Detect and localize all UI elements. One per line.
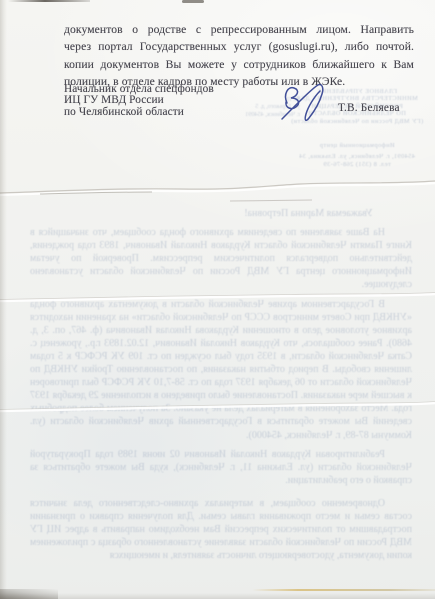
bleed-letterhead-line: (ГУ МВД России по Челябинской области) xyxy=(281,118,433,125)
bleed-body-text: Уважаемая Марина Петровна! На Ваше заявл… xyxy=(30,207,412,568)
bleed-letterhead-line: тел. 8 (351) 268-76-39 xyxy=(281,161,433,168)
bleed-paragraph: В Государственном архиве Челябинской обл… xyxy=(30,298,412,442)
letter-body-paragraph: документов о родстве с репрессированным … xyxy=(64,21,414,90)
scanner-bottom-left-shadow xyxy=(0,589,58,599)
closing-title-line: по Челябинской области xyxy=(64,107,214,118)
letter-body-line: через портал Государственных услуг (gosu… xyxy=(64,38,414,55)
scanner-bottom-shadow xyxy=(0,593,435,599)
bleed-salutation: Уважаемая Марина Петровна! xyxy=(232,207,412,220)
bleed-letterhead-gap xyxy=(281,125,433,142)
bleed-paragraph: Одновременно сообщаем, в материалах архи… xyxy=(30,497,412,562)
bleed-recipient-line: ул. Горького, д. 5 xyxy=(222,103,300,110)
bleed-letterhead-line: 454091, г. Челябинск, ул. Елькина, 34 xyxy=(281,153,433,160)
scanner-left-edge-shadow xyxy=(0,0,7,599)
bleed-letterhead-line: Информационный центр xyxy=(281,142,433,149)
bleed-letterhead: ГЛАВНОЕ УПРАВЛЕНИЕ МИНИСТЕРСТВА ВНУТРЕНН… xyxy=(281,88,433,168)
scanner-top-mark xyxy=(182,0,204,3)
scanner-top-mark xyxy=(8,0,90,2)
bleed-paragraph: На Ваше заявление по сведениям архивного… xyxy=(30,226,412,291)
letter-body-line: копии документов Вы можете у сотрудников… xyxy=(64,56,414,73)
scanned-letter-page: ГЛАВНОЕ УПРАВЛЕНИЕ МИНИСТЕРСТВА ВНУТРЕНН… xyxy=(0,0,435,599)
signer-name: Т.В. Беляева xyxy=(338,102,400,114)
letter-body-line: документов о родстве с репрессированным … xyxy=(64,21,414,38)
bleed-paragraph: Реабилитирован Курдаков Николай Иванович… xyxy=(30,448,412,487)
paper-stain-line xyxy=(252,589,435,591)
fold-crease-1 xyxy=(0,181,435,201)
closing-title-block: Начальник отдела спецфондов ИЦ ГУ МВД Ро… xyxy=(64,84,214,118)
bleed-recipient-line: г. Челябинск, 454091 xyxy=(222,111,300,118)
bleed-recipient-line: М. П. xyxy=(222,96,300,103)
bleed-recipient-block: М. П. ул. Горького, д. 5 г. Челябинск, 4… xyxy=(222,96,300,118)
